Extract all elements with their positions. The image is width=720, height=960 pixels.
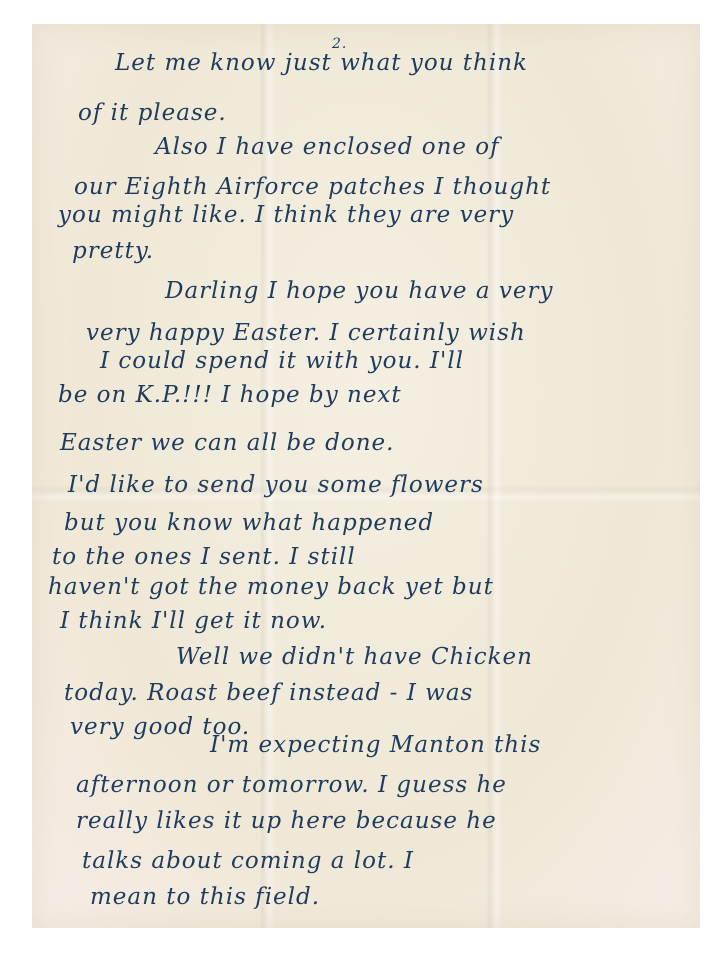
letter-line-9: I could spend it with you. I'll [100, 346, 464, 376]
letter-line-11: Easter we can all be done. [60, 428, 394, 458]
letter-line-15: haven't got the money back yet but [48, 572, 494, 602]
letter-line-17: Well we didn't have Chicken [176, 642, 533, 672]
letter-line-2: of it please. [78, 98, 227, 128]
letter-line-7: Darling I hope you have a very [165, 276, 553, 306]
letter-line-5: you might like. I think they are very [58, 200, 514, 230]
letter-line-21: afternoon or tomorrow. I guess he [76, 770, 507, 800]
letter-line-8: very happy Easter. I certainly wish [86, 318, 526, 348]
letter-line-16: I think I'll get it now. [60, 606, 327, 636]
letter-line-12: I'd like to send you some flowers [68, 470, 484, 500]
letter-line-1: Let me know just what you think [115, 48, 528, 78]
letter-line-14: to the ones I sent. I still [52, 542, 356, 572]
letter-line-6: pretty. [72, 236, 154, 266]
letter-line-3: Also I have enclosed one of [155, 132, 500, 162]
letter-line-10: be on K.P.!!! I hope by next [58, 380, 402, 410]
letter-line-4: our Eighth Airforce patches I thought [74, 172, 551, 202]
letter-line-22: really likes it up here because he [76, 806, 497, 836]
letter-line-23: talks about coming a lot. I [82, 846, 414, 876]
letter-line-13: but you know what happened [64, 508, 434, 538]
letter-line-20: I'm expecting Manton this [210, 730, 541, 760]
letter-line-18: today. Roast beef instead - I was [64, 678, 473, 708]
letter-line-24: mean to this field. [90, 882, 320, 912]
